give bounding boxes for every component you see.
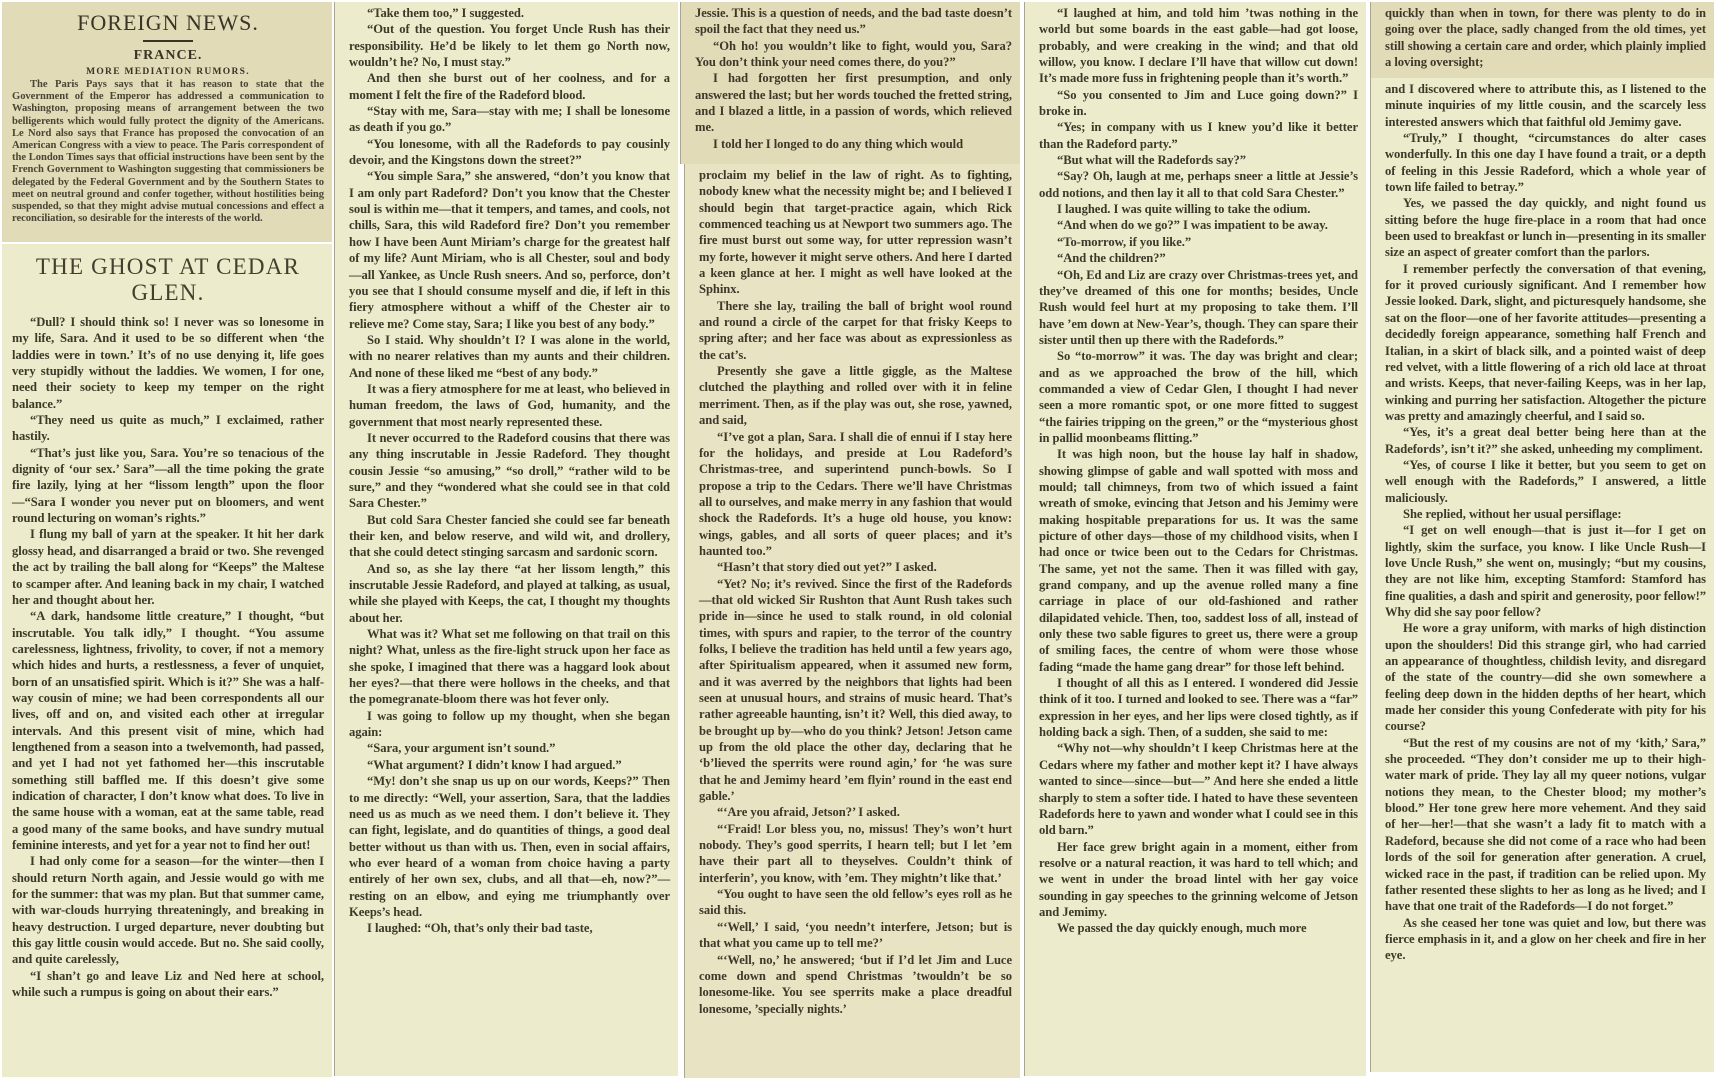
foreign-news-title: FOREIGN NEWS.	[12, 10, 324, 36]
story-paragraph: “Yet? No; it’s revived. Since the first …	[699, 576, 1012, 805]
story-paragraph: I flung my ball of yarn at the speaker. …	[12, 526, 324, 608]
title-rule	[143, 40, 193, 42]
story-paragraph: and I discovered where to attribute this…	[1385, 81, 1706, 130]
story-paragraph: “A dark, handsome little creature,” I th…	[12, 608, 324, 853]
column-text: “I laughed at him, and told him ’twas no…	[1039, 5, 1358, 937]
story-paragraph: Presently she gave a little giggle, as t…	[699, 363, 1012, 428]
story-column-4: “I laughed at him, and told him ’twas no…	[1024, 2, 1366, 1076]
story-paragraph: “They need us quite as much,” I exclaime…	[12, 412, 324, 445]
story-paragraph: “Out of the question. You forget Uncle R…	[349, 21, 670, 70]
story-paragraph: “You simple Sara,” she answered, “don’t …	[349, 168, 670, 331]
story-paragraph: Jessie. This is a question of needs, and…	[695, 5, 1012, 38]
story-paragraph: “Stay with me, Sara—stay with me; I shal…	[349, 103, 670, 136]
story-paragraph: “And the children?”	[1039, 250, 1358, 266]
foreign-news-country: FRANCE.	[12, 48, 324, 64]
story-paragraph: “Yes, of course I like it better, but yo…	[1385, 457, 1706, 506]
story-paragraph: “My! don’t she snap us up on our words, …	[349, 773, 670, 920]
story-paragraph: “Dull? I should think so! I never was so…	[12, 314, 324, 412]
story-title: THE GHOST AT CEDAR GLEN.	[12, 254, 324, 306]
story-paragraph: It was high noon, but the house lay half…	[1039, 446, 1358, 675]
story-paragraph: I thought of all this as I entered. I wo…	[1039, 675, 1358, 740]
story-paragraph: “Yes, it’s a great deal better being her…	[1385, 424, 1706, 457]
story-paragraph: “I get on well enough—that is just it—fo…	[1385, 522, 1706, 620]
story-paragraph: “Sara, your argument isn’t sound.”	[349, 740, 670, 756]
foreign-news-clipping: FOREIGN NEWS. FRANCE. MORE MEDIATION RUM…	[2, 2, 332, 242]
story-paragraph: “You ought to have seen the old fellow’s…	[699, 886, 1012, 919]
story-paragraph: “What argument? I didn’t know I had argu…	[349, 757, 670, 773]
story-paragraph: As she ceased her tone was quiet and low…	[1385, 915, 1706, 964]
story-paragraph: “Oh, Ed and Liz are crazy over Christmas…	[1039, 267, 1358, 349]
foreign-news-paragraph: The Paris Pays says that it has reason t…	[12, 79, 324, 225]
story-paragraph: “Take them too,” I suggested.	[349, 5, 670, 21]
story-paragraph: It never occurred to the Radeford cousin…	[349, 430, 670, 512]
story-paragraph: “‘Well, no,’ he answered; ‘but if I’d le…	[699, 952, 1012, 1017]
story-paragraph: Yes, we passed the day quickly, and nigh…	[1385, 195, 1706, 260]
story-paragraph: “Yes; in company with us I knew you’d li…	[1039, 119, 1358, 152]
story-paragraph: It was a fiery atmosphere for me at leas…	[349, 381, 670, 430]
column-text: proclaim my belief in the law of right. …	[699, 167, 1012, 1017]
story-paragraph: I was going to follow up my thought, whe…	[349, 708, 670, 741]
story-paragraph: “So you consented to Jim and Luce going …	[1039, 87, 1358, 120]
story-paragraph: So “to-morrow” it was. The day was brigh…	[1039, 348, 1358, 446]
story-paragraph: “That’s just like you, Sara. You’re so t…	[12, 445, 324, 527]
column-text: and I discovered where to attribute this…	[1385, 81, 1706, 964]
story-paragraph: “And when do we go?” I was impatient to …	[1039, 217, 1358, 233]
foreign-news-subhead: MORE MEDIATION RUMORS.	[12, 67, 324, 77]
story-paragraph: “I laughed at him, and told him ’twas no…	[1039, 5, 1358, 87]
story-paragraph: There she lay, trailing the ball of brig…	[699, 298, 1012, 363]
story-paragraph: “Say? Oh, laugh at me, perhaps sneer a l…	[1039, 168, 1358, 201]
story-paragraph: I remember perfectly the conversation of…	[1385, 261, 1706, 424]
story-paragraph: quickly than when in town, for there was…	[1385, 5, 1706, 70]
story-paragraph: Her face grew bright again in a moment, …	[1039, 839, 1358, 921]
story-paragraph: I had forgotten her first presumption, a…	[695, 70, 1012, 135]
story-paragraph: “‘Well,’ I said, ‘you needn’t interfere,…	[699, 919, 1012, 952]
story-paragraph: I told her I longed to do any thing whic…	[695, 136, 1012, 152]
story-column-2: “Take them too,” I suggested.“Out of the…	[334, 2, 678, 1076]
column-text: Jessie. This is a question of needs, and…	[695, 5, 1012, 152]
story-paragraph: “But what will the Radefords say?”	[1039, 152, 1358, 168]
story-paragraph: And then she burst out of her coolness, …	[349, 70, 670, 103]
story-paragraph: “Hasn’t that story died out yet?” I aske…	[699, 559, 1012, 575]
story-paragraph: “I shan’t go and leave Liz and Ned here …	[12, 968, 324, 1001]
story-paragraph: “You lonesome, with all the Radefords to…	[349, 136, 670, 169]
story-paragraph: I had only come for a season—for the win…	[12, 853, 324, 967]
story-paragraph: I laughed. I was quite willing to take t…	[1039, 201, 1358, 217]
story-paragraph: “But the rest of my cousins are not of m…	[1385, 735, 1706, 915]
foreign-news-body: The Paris Pays says that it has reason t…	[12, 79, 324, 225]
story-paragraph: “Oh ho! you wouldn’t like to fight, woul…	[695, 38, 1012, 71]
story-paragraph: “‘Are you afraid, Jetson?’ I asked.	[699, 804, 1012, 820]
story-column-1: THE GHOST AT CEDAR GLEN. “Dull? I should…	[2, 244, 332, 1077]
story-paragraph: “I’ve got a plan, Sara. I shall die of e…	[699, 429, 1012, 560]
story-paragraph: So I staid. Why shouldn’t I? I was alone…	[349, 332, 670, 381]
story-paragraph: She replied, without her usual persiflag…	[1385, 506, 1706, 522]
column-text: quickly than when in town, for there was…	[1385, 5, 1706, 70]
story-paragraph: And so, as she lay there “at her lissom …	[349, 561, 670, 626]
story-column-5: and I discovered where to attribute this…	[1370, 78, 1714, 1072]
story-paragraph: “To-morrow, if you like.”	[1039, 234, 1358, 250]
story-paragraph: “‘Fraid! Lor bless you, no, missus! They…	[699, 821, 1012, 886]
story-column-5-top: quickly than when in town, for there was…	[1370, 2, 1714, 78]
story-paragraph: “Why not—why shouldn’t I keep Christmas …	[1039, 740, 1358, 838]
story-paragraph: But cold Sara Chester fancied she could …	[349, 512, 670, 561]
story-column-3: proclaim my belief in the law of right. …	[684, 164, 1020, 1078]
story-paragraph: I laughed: “Oh, that’s only their bad ta…	[349, 920, 670, 936]
column-text: “Take them too,” I suggested.“Out of the…	[349, 5, 670, 937]
story-paragraph: What was it? What set me following on th…	[349, 626, 670, 708]
story-paragraph: He wore a gray uniform, with marks of hi…	[1385, 620, 1706, 734]
story-paragraph: We passed the day quickly enough, much m…	[1039, 920, 1358, 936]
story-paragraph: “Truly,” I thought, “circumstances do al…	[1385, 130, 1706, 195]
story-paragraph: proclaim my belief in the law of right. …	[699, 167, 1012, 298]
column-text: “Dull? I should think so! I never was so…	[12, 314, 324, 1000]
story-column-3-top: Jessie. This is a question of needs, and…	[680, 2, 1020, 164]
